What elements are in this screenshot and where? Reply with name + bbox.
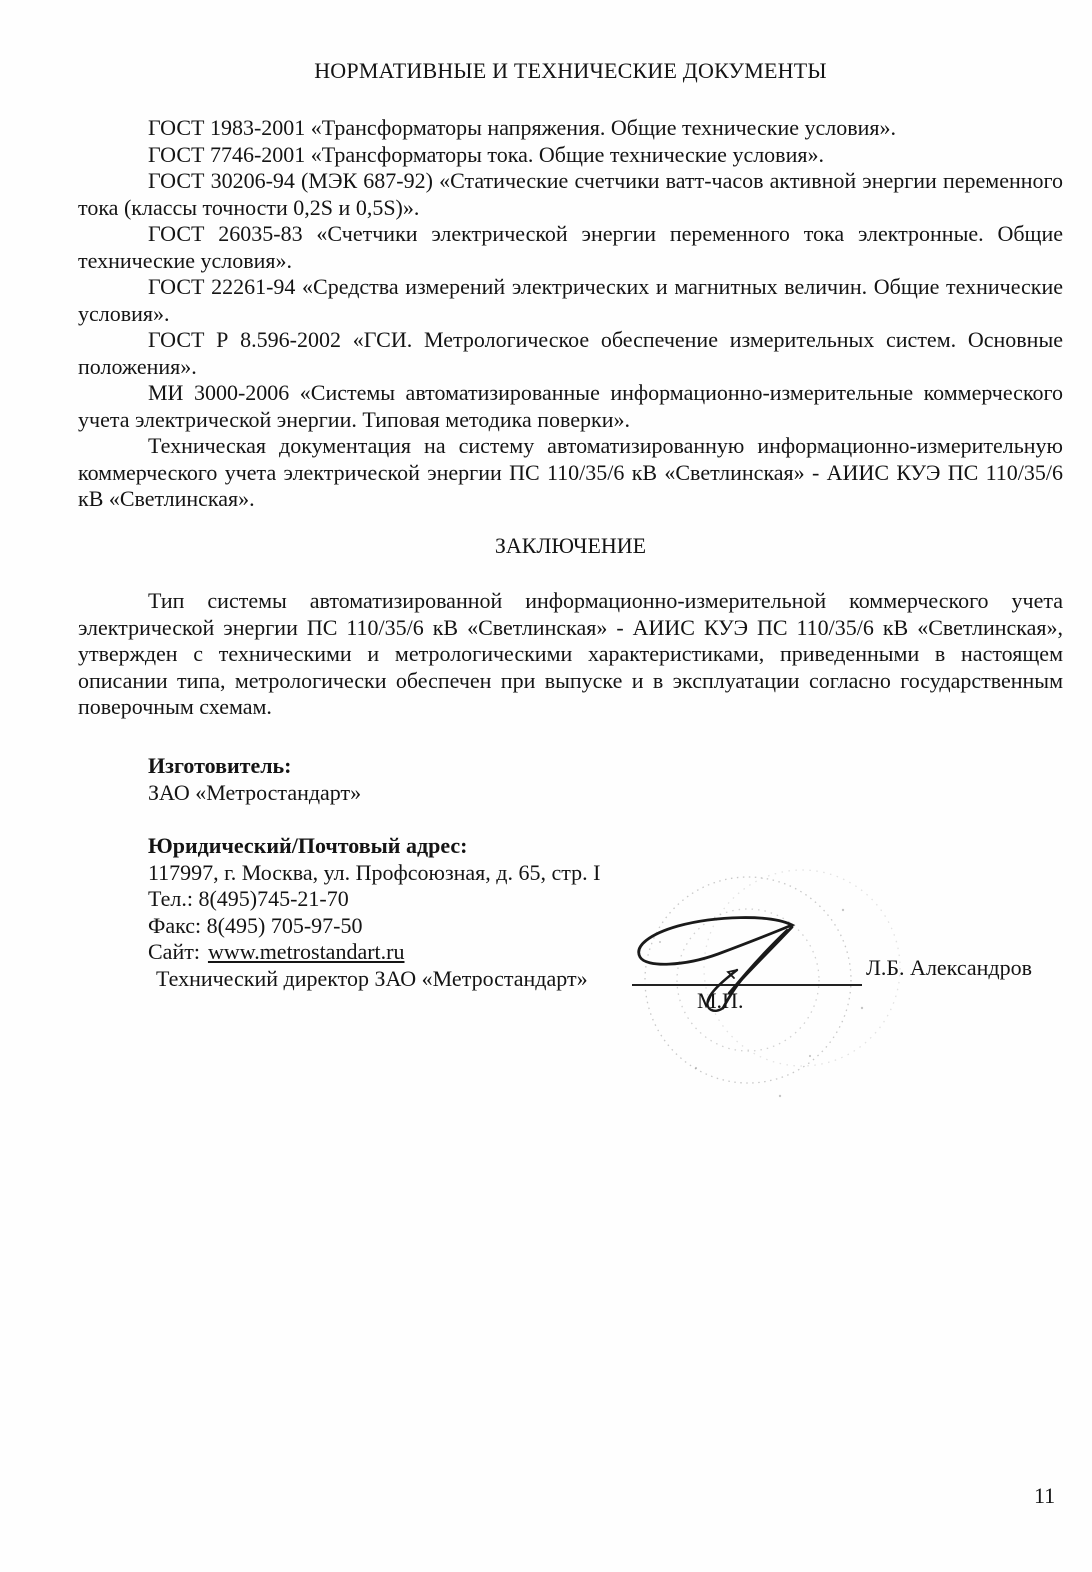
normative-paragraph: МИ 3000-2006 «Системы автоматизированные… [78,380,1063,433]
normative-paragraph: ГОСТ Р 8.596-2002 «ГСИ. Метрологическое … [78,327,1063,380]
phone-line: Тел.: 8(495)745-21-70 [148,886,600,913]
address-block: Юридический/Почтовый адрес: 117997, г. М… [148,833,600,992]
address-label: Юридический/Почтовый адрес: [148,833,600,860]
conclusion-body: Тип системы автоматизированной информаци… [78,588,1063,721]
manufacturer-name: ЗАО «Метростандарт» [148,780,361,807]
signer-name: Л.Б. Александров [866,955,1032,981]
normative-paragraphs: ГОСТ 1983-2001 «Трансформаторы напряжени… [78,115,1063,513]
site-label: Сайт: [148,939,200,964]
document-page: НОРМАТИВНЫЕ И ТЕХНИЧЕСКИЕ ДОКУМЕНТЫ ГОСТ… [0,0,1092,1572]
manufacturer-label: Изготовитель: [148,753,361,780]
signature-stamp-area [600,860,1060,1160]
manufacturer-block: Изготовитель: ЗАО «Метростандарт» [148,753,361,806]
normative-paragraph: Техническая документация на систему авто… [78,433,1063,513]
normative-paragraph: ГОСТ 7746-2001 «Трансформаторы тока. Общ… [78,142,1063,169]
stamp-place-label: М.П. [697,988,743,1014]
normative-paragraph: ГОСТ 22261-94 «Средства измерений электр… [78,274,1063,327]
normative-paragraph: ГОСТ 1983-2001 «Трансформаторы напряжени… [78,115,1063,142]
fax-line: Факс: 8(495) 705-97-50 [148,913,600,940]
site-link[interactable]: www.metrostandart.ru [208,939,405,964]
page-number: 11 [1034,1483,1055,1509]
address-line: 117997, г. Москва, ул. Профсоюзная, д. 6… [148,860,600,887]
normative-section-title: НОРМАТИВНЫЕ И ТЕХНИЧЕСКИЕ ДОКУМЕНТЫ [78,58,1063,84]
signatory-title-line: Технический директор ЗАО «Метростандарт» [148,966,600,993]
conclusion-paragraph: Тип системы автоматизированной информаци… [78,588,1063,721]
normative-paragraph: ГОСТ 26035-83 «Счетчики электрической эн… [78,221,1063,274]
conclusion-section-title: ЗАКЛЮЧЕНИЕ [78,533,1063,559]
normative-paragraph: ГОСТ 30206-94 (МЭК 687-92) «Статические … [78,168,1063,221]
site-line: Сайт:www.metrostandart.ru [148,939,600,966]
round-stamp-icon [645,870,900,1097]
